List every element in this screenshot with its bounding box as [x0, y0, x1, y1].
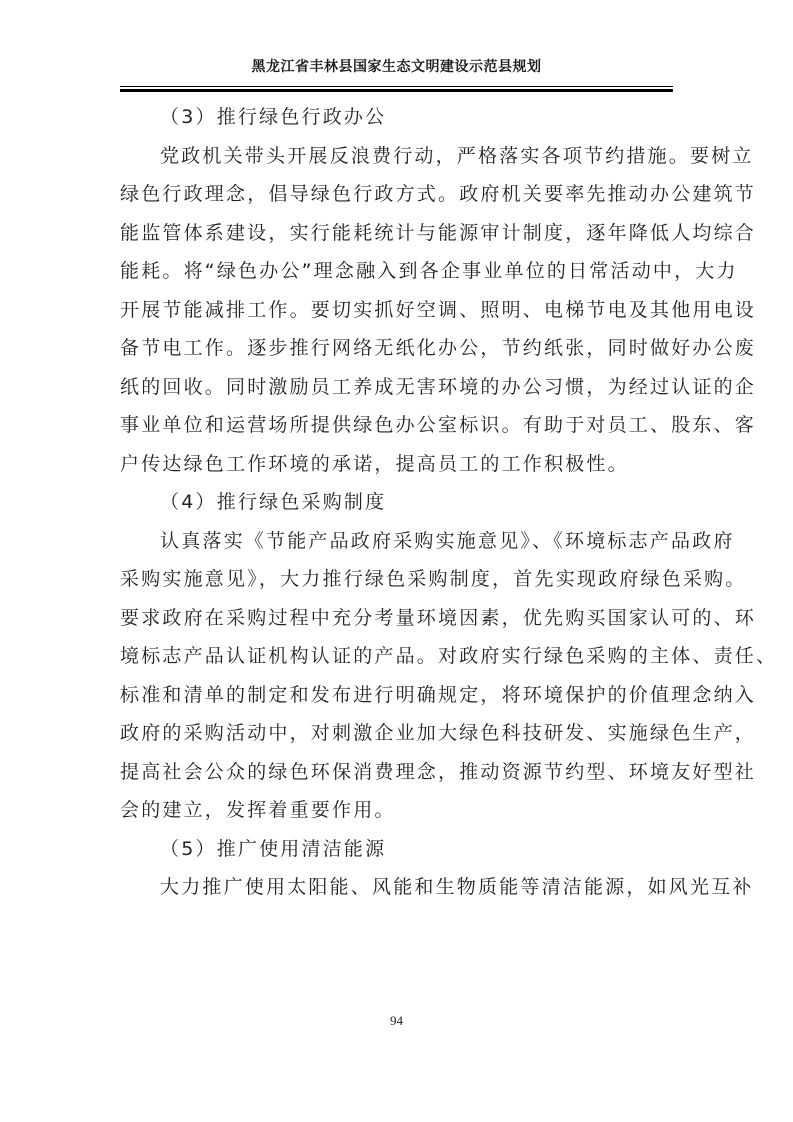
text-line: 采购实施意见》，大力推行绿色采购制度，首先实现政府绿色采购。 — [80, 560, 676, 599]
text-line: 党政机关带头开展反浪费行动，严格落实各项节约措施。要树立 — [120, 137, 676, 176]
text-line: 开展节能减排工作。要切实抓好空调、照明、电梯节电及其他用电设 — [80, 291, 676, 330]
text-line: 要求政府在采购过程中充分考量环境因素，优先购买国家认可的、环 — [80, 599, 676, 638]
page-number: 94 — [0, 1013, 793, 1029]
section-heading-4: （4）推行绿色采购制度 — [120, 483, 676, 522]
text-line: 绿色行政理念，倡导绿色行政方式。政府机关要率先推动办公建筑节 — [80, 175, 676, 214]
paragraph-clean-energy: 大力推广使用太阳能、风能和生物质能等清洁能源，如风光互补 — [120, 868, 676, 907]
header-divider — [120, 86, 673, 94]
text-line: 备节电工作。逐步推行网络无纸化办公，节约纸张，同时做好办公废 — [80, 329, 676, 368]
document-page: 黑龙江省丰林县国家生态文明建设示范县规划 （3）推行绿色行政办公 党政机关带头开… — [0, 0, 793, 1122]
paragraph-green-procurement: 认真落实《节能产品政府采购实施意见》、《环境标志产品政府 采购实施意见》，大力推… — [120, 522, 676, 830]
text-line: 能耗。将“绿色办公”理念融入到各企事业单位的日常活动中，大力 — [80, 252, 676, 291]
body-text: （3）推行绿色行政办公 党政机关带头开展反浪费行动，严格落实各项节约措施。要树立… — [120, 98, 676, 907]
text-line: 事业单位和运营场所提供绿色办公室标识。有助于对员工、股东、客 — [80, 406, 676, 445]
running-header: 黑龙江省丰林县国家生态文明建设示范县规划 — [120, 58, 673, 76]
text-line: 标准和清单的制定和发布进行明确规定，将环境保护的价值理念纳入 — [80, 676, 676, 715]
text-line: 户传达绿色工作环境的承诺，提高员工的工作积极性。 — [80, 445, 676, 484]
section-heading-3: （3）推行绿色行政办公 — [120, 98, 676, 137]
text-line: 认真落实《节能产品政府采购实施意见》、《环境标志产品政府 — [120, 522, 676, 561]
text-line: 境标志产品认证机构认证的产品。对政府实行绿色采购的主体、责任、 — [80, 637, 676, 676]
text-line: 提高社会公众的绿色环保消费理念，推动资源节约型、环境友好型社 — [80, 753, 676, 792]
text-line: 大力推广使用太阳能、风能和生物质能等清洁能源，如风光互补 — [120, 868, 676, 907]
header-rule-thin — [120, 86, 673, 87]
header-rule-thick — [120, 89, 673, 92]
text-line: 能监管体系建设，实行能耗统计与能源审计制度，逐年降低人均综合 — [80, 214, 676, 253]
section-heading-5: （5）推广使用清洁能源 — [120, 830, 676, 869]
paragraph-green-office: 党政机关带头开展反浪费行动，严格落实各项节约措施。要树立 绿色行政理念，倡导绿色… — [120, 137, 676, 484]
text-line: 政府的采购活动中，对刺激企业加大绿色科技研发、实施绿色生产， — [80, 714, 676, 753]
text-line: 会的建立，发挥着重要作用。 — [80, 791, 676, 830]
text-line: 纸的回收。同时激励员工养成无害环境的办公习惯，为经过认证的企 — [80, 368, 676, 407]
